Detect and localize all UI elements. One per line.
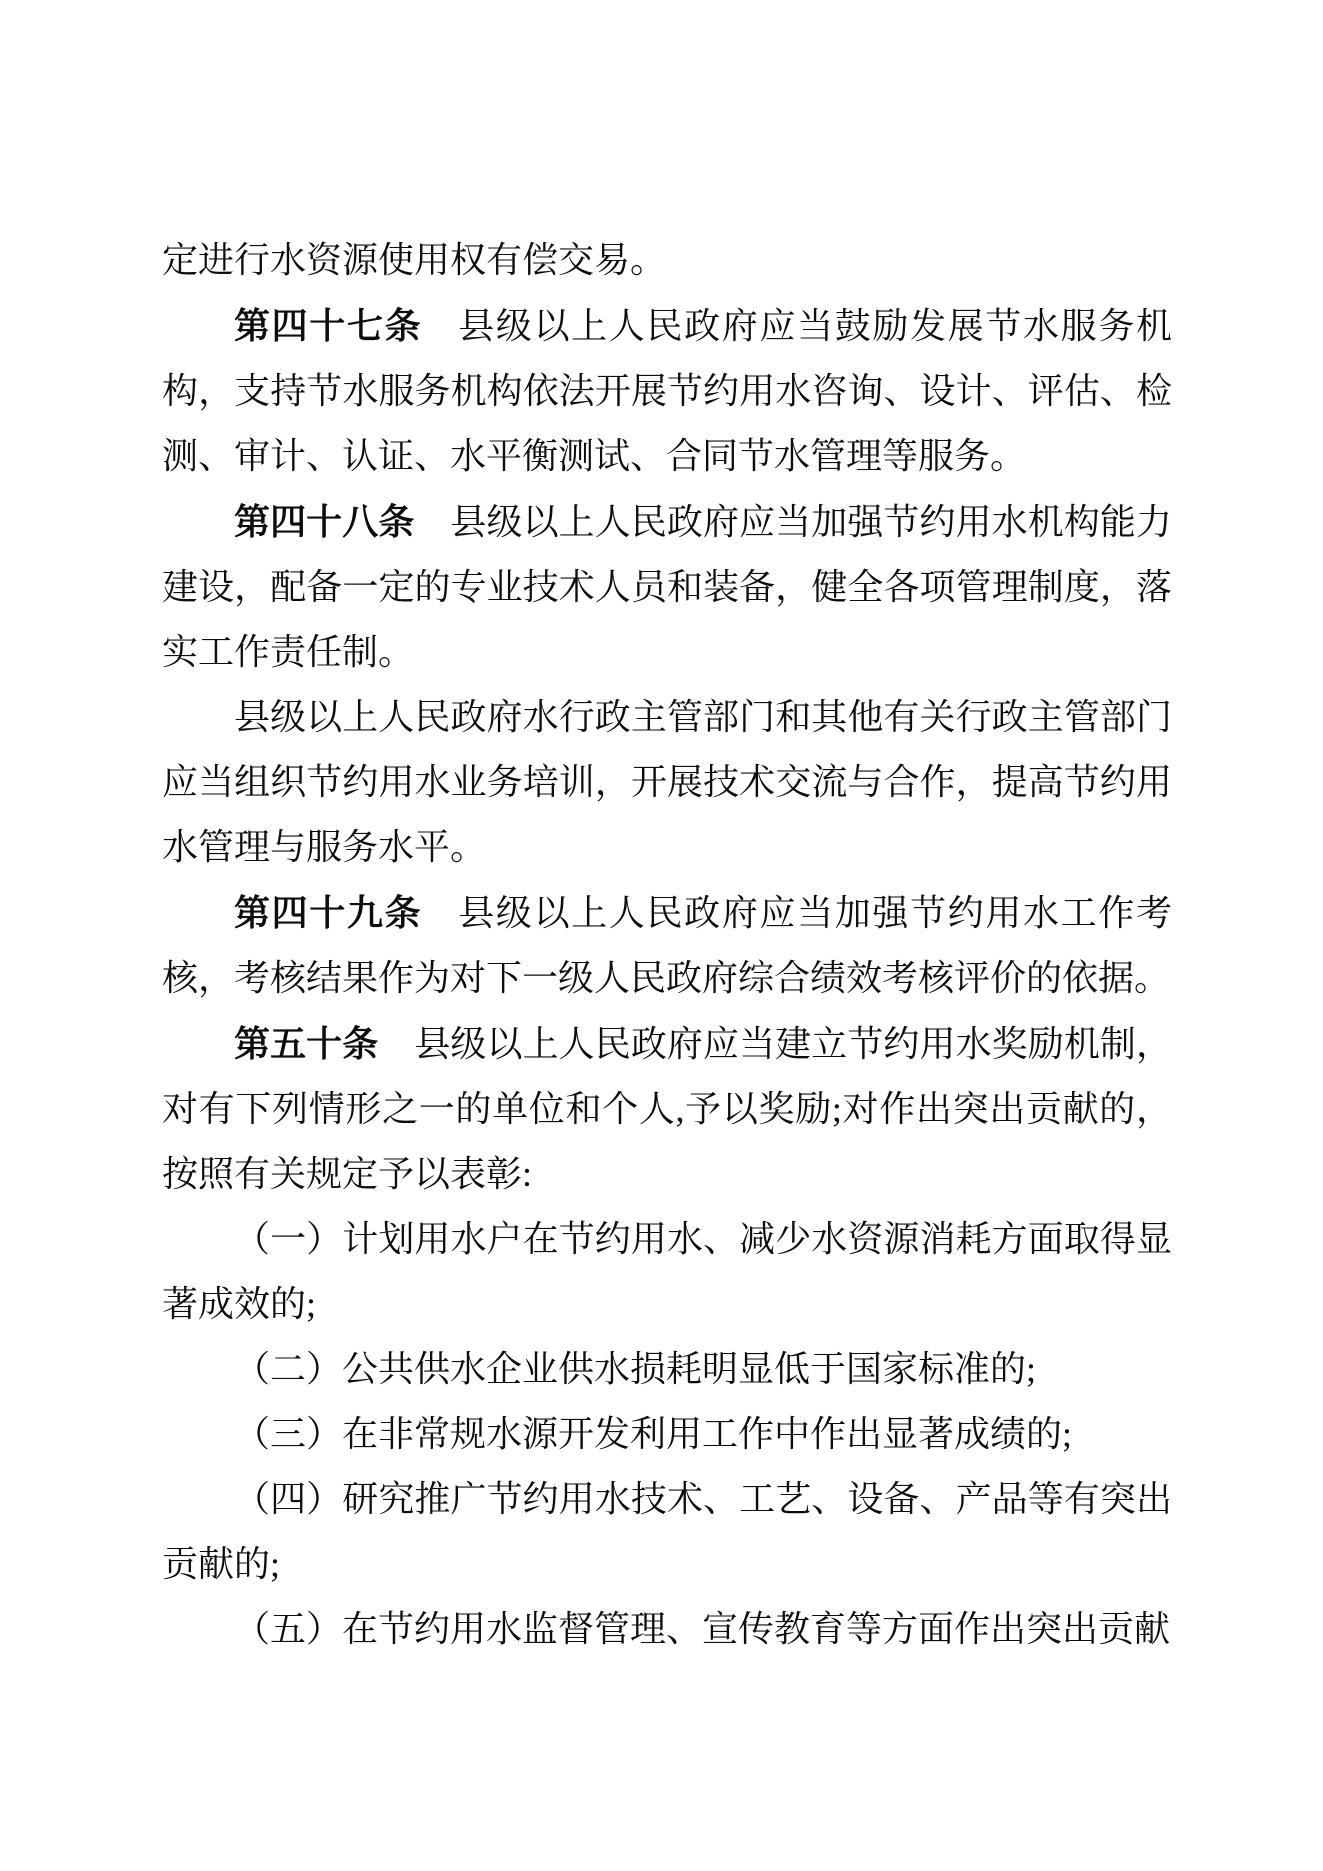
paragraph-text: 定进行水资源使用权有偿交易。: [162, 240, 666, 280]
paragraph-text: （三）在非常规水源开发利用工作中作出显著成绩的;: [234, 1414, 1072, 1454]
paragraph-text: （五）在节约用水监督管理、宣传教育等方面作出突出贡献: [234, 1609, 1170, 1649]
article-paragraph: 第四十八条县级以上人民政府应当加强节约用水机构能力建设，配备一定的专业技术人员和…: [162, 489, 1172, 685]
document-page: 定进行水资源使用权有偿交易。第四十七条县级以上人民政府应当鼓励发展节水服务机构，…: [0, 0, 1323, 1871]
list-item-paragraph: （三）在非常规水源开发利用工作中作出显著成绩的;: [162, 1402, 1172, 1467]
article-paragraph: 第四十七条县级以上人民政府应当鼓励发展节水服务机构，支持节水服务机构依法开展节约…: [162, 293, 1172, 489]
paragraph: 定进行水资源使用权有偿交易。: [162, 228, 1172, 293]
paragraph-text: （一）计划用水户在节约用水、减少水资源消耗方面取得显著成效的;: [162, 1219, 1172, 1324]
article-paragraph: 第四十九条县级以上人民政府应当加强节约用水工作考核，考核结果作为对下一级人民政府…: [162, 880, 1172, 1011]
article-number: 第四十九条: [234, 892, 422, 933]
article-number: 第四十八条: [234, 501, 414, 542]
paragraph-text: 县级以上人民政府水行政主管部门和其他有关行政主管部门应当组织节约用水业务培训，开…: [162, 697, 1172, 867]
article-paragraph: 第五十条县级以上人民政府应当建立节约用水奖励机制，对有下列情形之一的单位和个人,…: [162, 1011, 1172, 1207]
paragraph-text: （二）公共供水企业供水损耗明显低于国家标准的;: [234, 1349, 1036, 1389]
article-number: 第五十条: [234, 1023, 378, 1064]
list-item-paragraph: （二）公共供水企业供水损耗明显低于国家标准的;: [162, 1337, 1172, 1402]
list-item-paragraph: （四）研究推广节约用水技术、工艺、设备、产品等有突出贡献的;: [162, 1467, 1172, 1597]
paragraph-text: （四）研究推广节约用水技术、工艺、设备、产品等有突出贡献的;: [162, 1479, 1172, 1584]
list-item-paragraph: （五）在节约用水监督管理、宣传教育等方面作出突出贡献: [162, 1597, 1172, 1662]
text-block: 定进行水资源使用权有偿交易。第四十七条县级以上人民政府应当鼓励发展节水服务机构，…: [162, 228, 1172, 1662]
paragraph: 县级以上人民政府水行政主管部门和其他有关行政主管部门应当组织节约用水业务培训，开…: [162, 685, 1172, 880]
article-number: 第四十七条: [234, 305, 422, 346]
list-item-paragraph: （一）计划用水户在节约用水、减少水资源消耗方面取得显著成效的;: [162, 1207, 1172, 1337]
